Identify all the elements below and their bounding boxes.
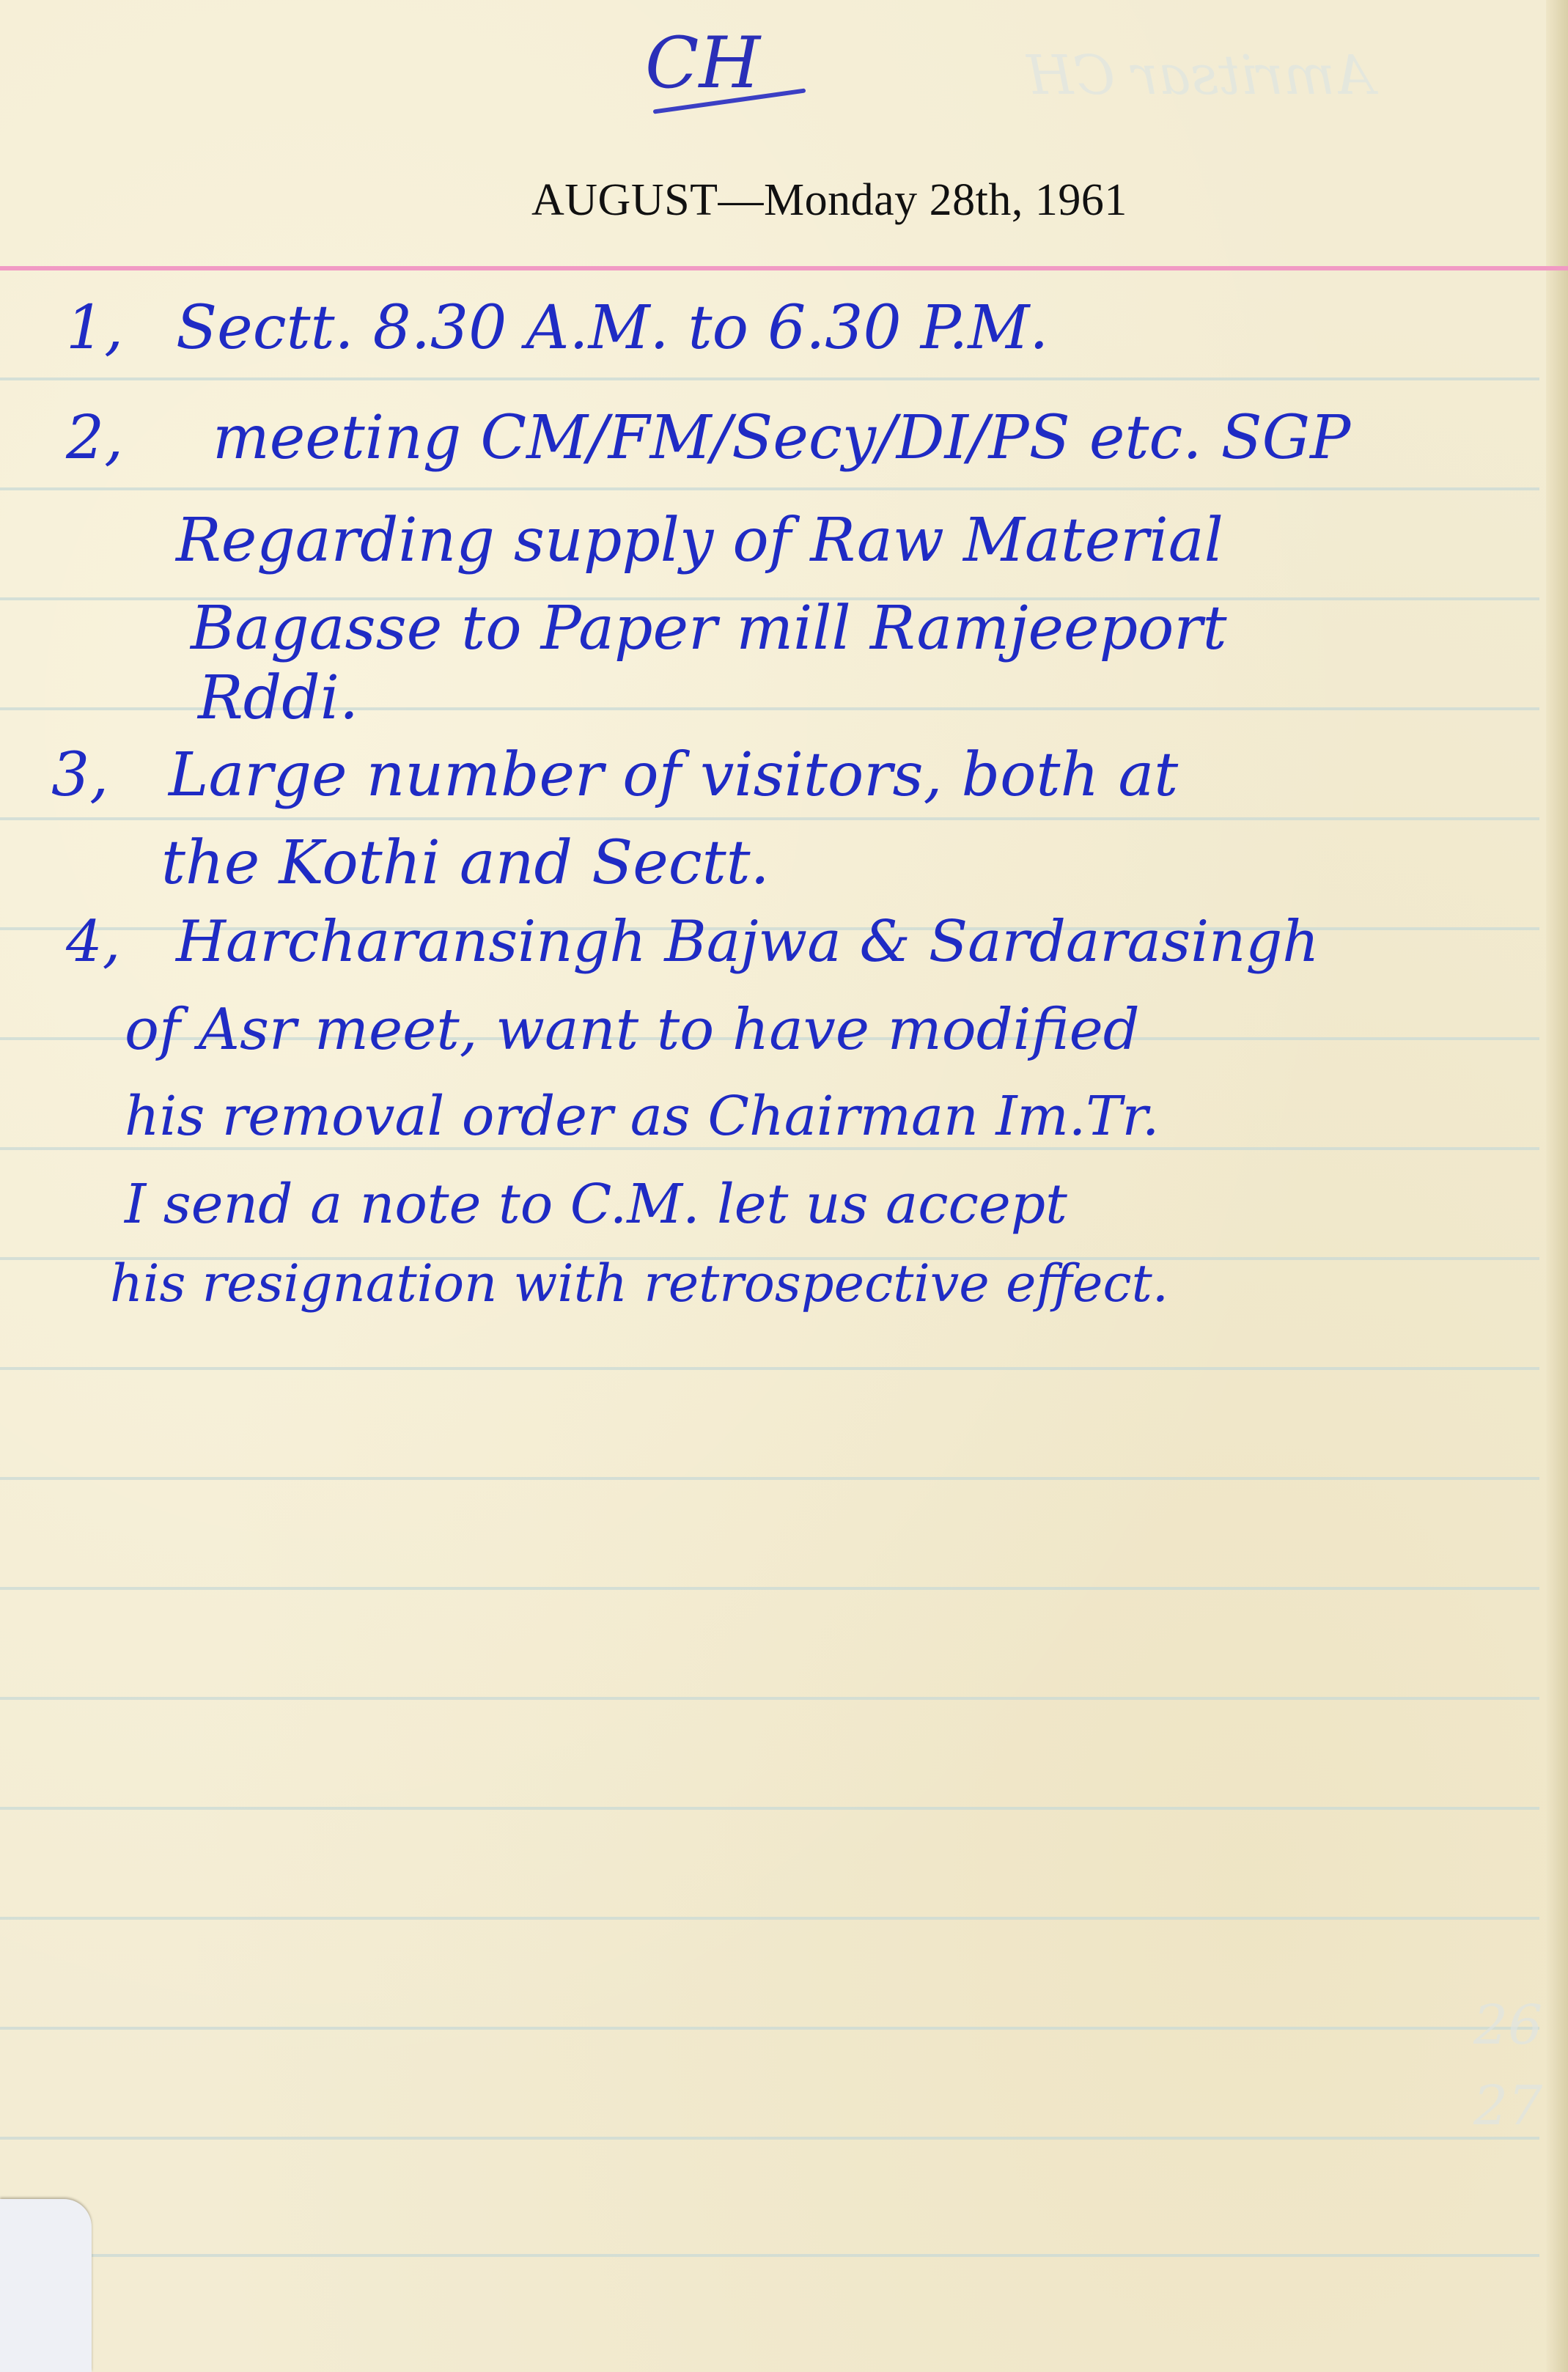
header-initials: CH (645, 22, 760, 104)
ruled-line (0, 1697, 1539, 1700)
ruled-line (0, 1587, 1539, 1590)
entry-line: Regarding supply of Raw Material (176, 506, 1223, 575)
ruled-line (0, 1367, 1539, 1370)
page-edge (1546, 0, 1568, 2372)
ruled-line (0, 377, 1539, 380)
entry-line: Harcharansingh Bajwa & Sardarasingh (176, 909, 1319, 975)
entry-line: Large number of visitors, both at (169, 740, 1178, 810)
diary-page: Amritsar CH 26 27 CH AUGUST—Monday 28th,… (0, 0, 1568, 2372)
entry-number: 4, (66, 909, 120, 975)
entry-line: the Kothi and Sectt. (161, 828, 770, 898)
ruled-line (0, 2137, 1539, 2140)
entry-line: his removal order as Chairman Im.Tr. (125, 1085, 1159, 1148)
page-date: AUGUST—Monday 28th, 1961 (531, 174, 1127, 226)
entry-number: 1, (66, 293, 123, 363)
bleed-through-number: 27 (1473, 2074, 1542, 2137)
ruled-line (0, 1917, 1539, 1920)
entry-number: 2, (66, 403, 123, 473)
ruled-line (0, 1807, 1539, 1810)
entry-number: 3, (51, 740, 108, 810)
bleed-through-text: Amritsar CH (1026, 44, 1374, 107)
entry-line: Sectt. 8.30 A.M. to 6.30 P.M. (176, 293, 1048, 363)
ruled-line (0, 817, 1539, 820)
ruled-line (0, 2254, 1539, 2257)
entry-line: his resignation with retrospective effec… (110, 1253, 1168, 1314)
entry-line: meeting CM/FM/Secy/DI/PS etc. SGP (213, 403, 1350, 473)
entry-line: of Asr meet, want to have modified (125, 997, 1140, 1063)
corner-sticker (0, 2199, 92, 2372)
ruled-line (0, 487, 1539, 490)
header-red-rule (0, 266, 1568, 270)
entry-line: Rddi. (198, 663, 358, 733)
bleed-through-number: 26 (1473, 1994, 1542, 2057)
entry-line: Bagasse to Paper mill Ramjeeport (191, 594, 1227, 663)
entry-line: I send a note to C.M. let us accept (125, 1173, 1067, 1236)
ruled-line (0, 1477, 1539, 1480)
ruled-line (0, 2027, 1539, 2030)
